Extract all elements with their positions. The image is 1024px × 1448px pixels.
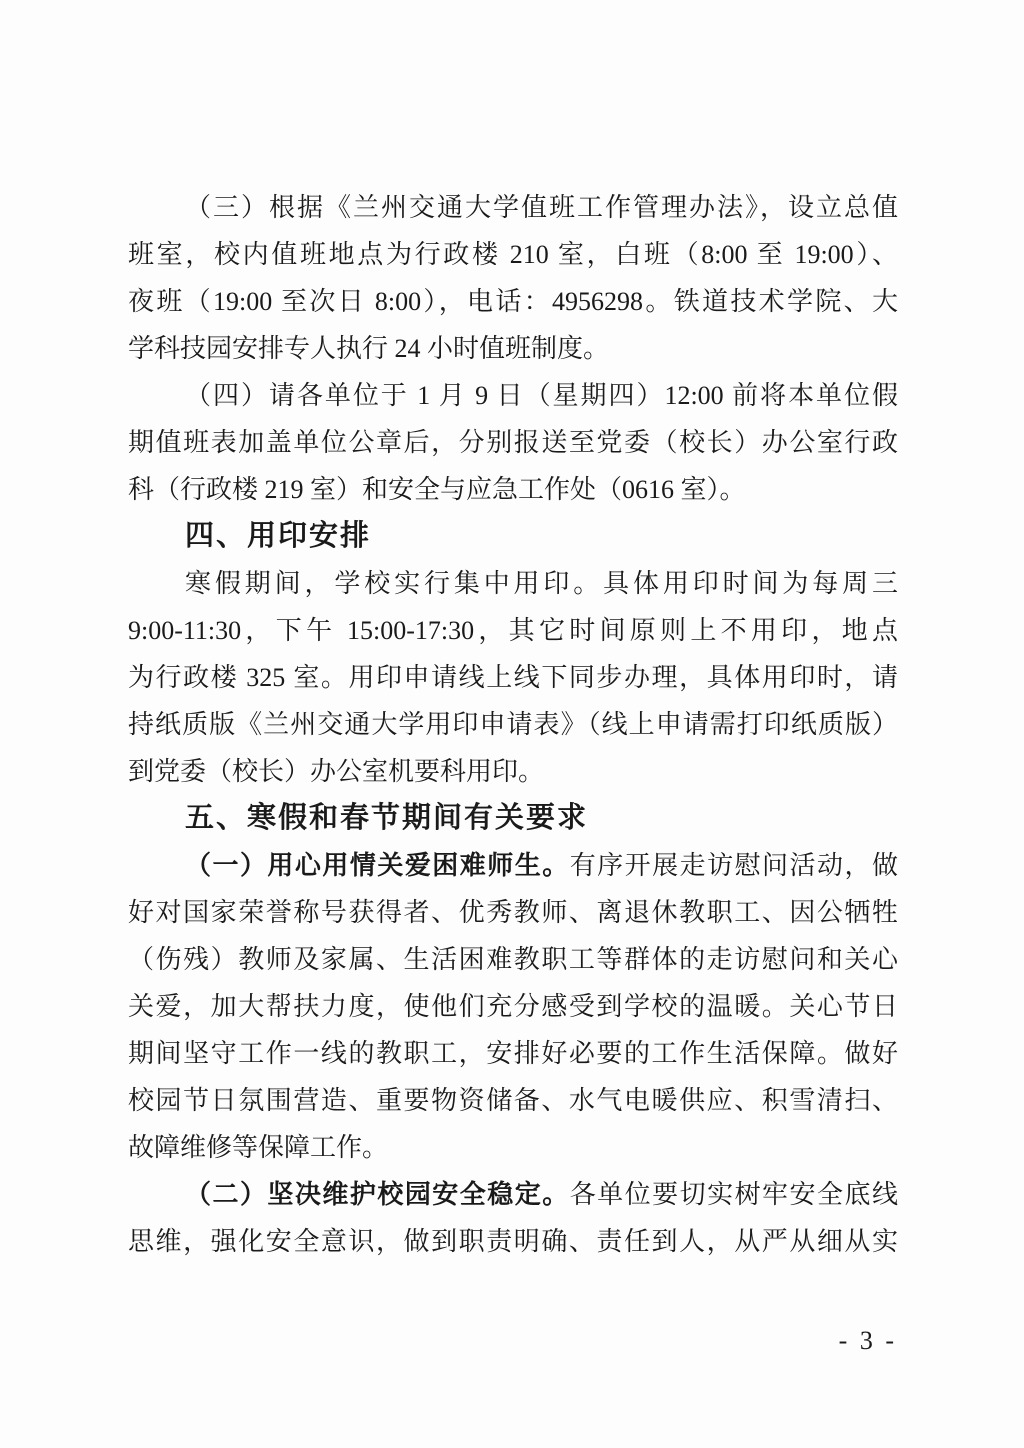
text-line: （一）用心用情关爱困难师生。有序开展走访慰问活动，做: [128, 842, 898, 889]
text-line: 期值班表加盖单位公章后，分别报送至党委（校长）办公室行政: [128, 419, 898, 466]
text-line: 好对国家荣誉称号获得者、优秀教师、离退休教职工、因公牺牲: [128, 889, 898, 936]
document-body: （三）根据《兰州交通大学值班工作管理办法》，设立总值 班室，校内值班地点为行政楼…: [128, 184, 898, 1265]
text-line-rest: 各单位要切实树牢安全底线: [570, 1180, 898, 1209]
text-line: 校园节日氛围营造、重要物资储备、水气电暖供应、积雪清扫、: [128, 1077, 898, 1124]
text-line-rest: 有序开展走访慰问活动，做: [570, 851, 898, 880]
text-line: 故障维修等保障工作。: [128, 1124, 898, 1171]
text-line: 到党委（校长）办公室机要科用印。: [128, 748, 898, 795]
text-line: 关爱，加大帮扶力度，使他们充分感受到学校的温暖。关心节日: [128, 983, 898, 1030]
section-heading-seal-arrangement: 四、用印安排: [128, 513, 898, 560]
page-number: - 3 -: [839, 1326, 897, 1356]
paragraph-lead-emphasis: （一）用心用情关爱困难师生。: [185, 851, 570, 880]
text-line: 为行政楼 325 室。用印申请线上线下同步办理，具体用印时，请: [128, 654, 898, 701]
text-line: 持纸质版《兰州交通大学用印申请表》（线上申请需打印纸质版）: [128, 701, 898, 748]
paragraph-lead-emphasis: （二）坚决维护校园安全稳定。: [185, 1180, 570, 1209]
text-line: 科（行政楼 219 室）和安全与应急工作处（0616 室）。: [128, 466, 898, 513]
text-line: （伤残）教师及家属、生活困难教职工等群体的走访慰问和关心: [128, 936, 898, 983]
text-line: 思维，强化安全意识，做到职责明确、责任到人，从严从细从实: [128, 1218, 898, 1265]
text-line: 班室，校内值班地点为行政楼 210 室，白班（8:00 至 19:00）、: [128, 231, 898, 278]
text-line: 学科技园安排专人执行 24 小时值班制度。: [128, 325, 898, 372]
text-line: （三）根据《兰州交通大学值班工作管理办法》，设立总值: [128, 184, 898, 231]
text-line: 夜班（19:00 至次日 8:00），电话：4956298。铁道技术学院、大: [128, 278, 898, 325]
text-line: 寒假期间，学校实行集中用印。具体用印时间为每周三: [128, 560, 898, 607]
document-page: （三）根据《兰州交通大学值班工作管理办法》，设立总值 班室，校内值班地点为行政楼…: [0, 0, 1024, 1448]
text-line: （二）坚决维护校园安全稳定。各单位要切实树牢安全底线: [128, 1171, 898, 1218]
text-line: （四）请各单位于 1 月 9 日（星期四）12:00 前将本单位假: [128, 372, 898, 419]
text-line: 9:00-11:30，下午 15:00-17:30，其它时间原则上不用印，地点: [128, 607, 898, 654]
section-heading-holiday-requirements: 五、寒假和春节期间有关要求: [128, 795, 898, 842]
text-line: 期间坚守工作一线的教职工，安排好必要的工作生活保障。做好: [128, 1030, 898, 1077]
